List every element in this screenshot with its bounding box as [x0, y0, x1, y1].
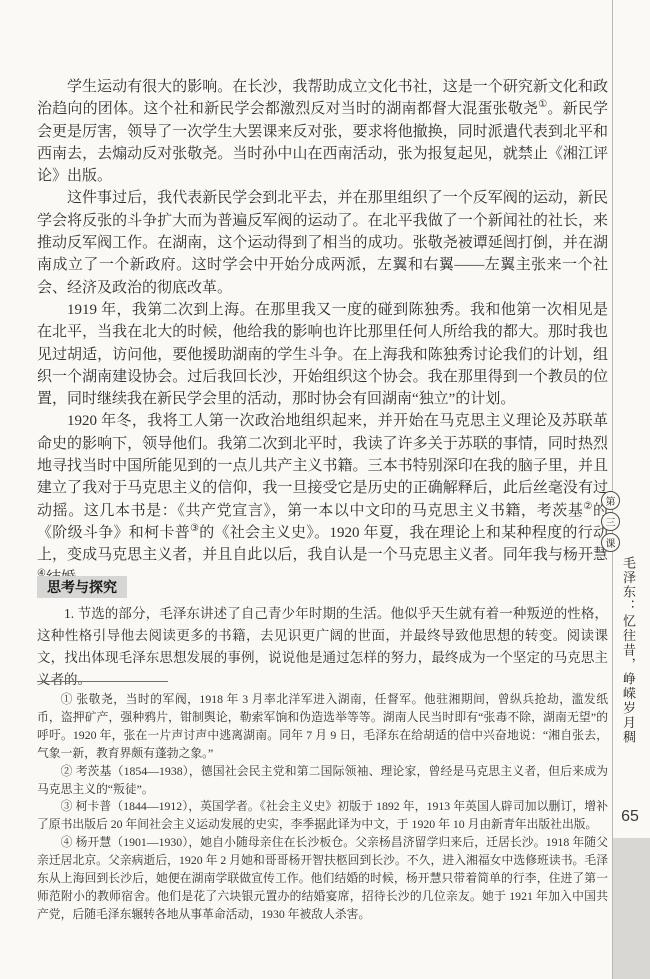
lesson-badge-char-1: 第 [601, 491, 620, 510]
footnote-3: ③ 柯卡普（1844—1912），英国学者。《社会主义史》初版于 1892 年，… [37, 798, 608, 834]
sidebar-divider-line [612, 0, 613, 979]
exercise-section-header: 思考与探究 [37, 576, 127, 598]
body-paragraph-3: 1919 年，我第二次到上海。在那里我又一度的碰到陈独秀。我和他第一次相见是在北… [37, 299, 608, 410]
footnote-4: ④ 杨开慧（1901—1930），她自小随母亲住在长沙板仓。父亲杨昌济留学归来后… [37, 834, 608, 924]
lesson-badge-char-3: 课 [601, 533, 620, 552]
body-paragraph-4: 1920 年冬，我将工人第一次政治地组织起来，并开始在马克思主义理论及苏联革命史… [37, 410, 608, 588]
footnote-2: ② 考茨基（1854—1938），德国社会民主党和第二国际领袖、理论家，曾经是马… [37, 763, 608, 799]
page-edge-shadow [613, 838, 650, 979]
body-paragraph-1: 学生运动有很大的影响。在长沙，我帮助成立文化书社，这是一个研究新文化和政治趋向的… [37, 76, 608, 187]
footnote-1: ① 张敬尧，当时的军阀，1918 年 3 月率北洋军进入湖南，任督军。他驻湘期间… [37, 691, 608, 763]
chapter-side-title: 毛泽东：忆往昔，峥嵘岁月稠 [619, 556, 638, 746]
lesson-badge-char-2: 三 [601, 512, 620, 531]
footnote-divider [37, 681, 168, 682]
footnotes-block: ① 张敬尧，当时的军阀，1918 年 3 月率北洋军进入湖南，任督军。他驻湘期间… [37, 691, 608, 924]
exercise-question-1: 1. 节选的部分，毛泽东讲述了自己青少年时期的生活。他似乎天生就有着一种叛逆的性… [37, 603, 608, 691]
body-text-column: 学生运动有很大的影响。在长沙，我帮助成立文化书社，这是一个研究新文化和政治趋向的… [37, 76, 608, 589]
textbook-page: 学生运动有很大的影响。在长沙，我帮助成立文化书社，这是一个研究新文化和政治趋向的… [0, 0, 650, 979]
page-number: 65 [613, 808, 647, 826]
body-paragraph-2: 这件事过后，我代表新民学会到北平去，并在那里组织了一个反军阀的运动，新民学会将反… [37, 187, 608, 298]
lesson-number-badge: 第 三 课 [601, 491, 620, 552]
